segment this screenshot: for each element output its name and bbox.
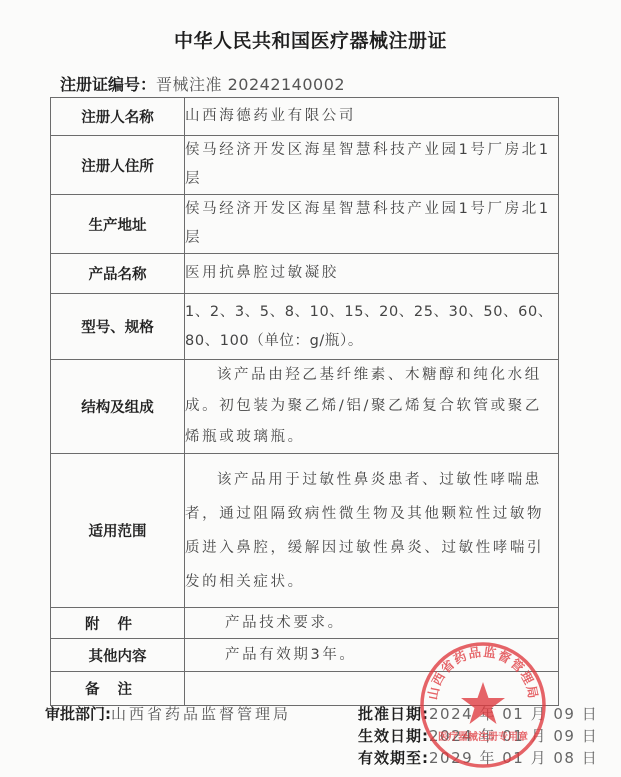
date-value: 2024 年 01 月 09 日: [429, 727, 598, 745]
certificate-page: 中华人民共和国医疗器械注册证 注册证编号：晋械注准 20242140002 注册…: [0, 0, 621, 777]
row-value: 产品有效期3年。: [185, 639, 559, 672]
certificate-table: 注册人名称 山西海德药业有限公司 注册人住所 侯马经济开发区海星智慧科技产业园1…: [50, 97, 559, 706]
row-value: 产品技术要求。: [185, 608, 559, 639]
row-key-text: 附件: [85, 617, 150, 633]
registration-number: 注册证编号：晋械注准 20242140002: [60, 72, 345, 95]
approval-department-label: 审批部门:: [45, 705, 111, 723]
row-value: 侯马经济开发区海星智慧科技产业园1号厂房北1层: [185, 195, 559, 254]
row-key-text: 备注: [85, 682, 150, 698]
table-row: 结构及组成 该产品由羟乙基纤维素、木糖醇和纯化水组成。初包装为聚乙烯/铝/聚乙烯…: [51, 360, 559, 454]
row-key: 附件: [51, 608, 185, 639]
row-key: 型号、规格: [51, 294, 185, 360]
date-value: 2024 年 01 月 09 日: [429, 705, 598, 723]
table-row: 型号、规格 1、2、3、5、8、10、15、20、25、30、50、60、80、…: [51, 294, 559, 360]
row-key: 注册人名称: [51, 98, 185, 136]
table-row: 生产地址 侯马经济开发区海星智慧科技产业园1号厂房北1层: [51, 195, 559, 254]
date-value: 2029 年 01 月 08 日: [429, 749, 598, 767]
row-value: 1、2、3、5、8、10、15、20、25、30、50、60、80、100（单位…: [185, 294, 559, 360]
table-row: 注册人住所 侯马经济开发区海星智慧科技产业园1号厂房北1层: [51, 136, 559, 195]
date-label: 生效日期:: [358, 727, 429, 745]
row-key: 产品名称: [51, 254, 185, 294]
approval-date: 批准日期:2024 年 01 月 09 日: [358, 703, 598, 725]
date-block: 批准日期:2024 年 01 月 09 日 生效日期:2024 年 01 月 0…: [358, 703, 598, 769]
approval-department: 审批部门:山西省药品监督管理局: [45, 703, 291, 724]
document-title: 中华人民共和国医疗器械注册证: [0, 26, 621, 53]
table-row: 备注: [51, 672, 559, 706]
row-value: 医用抗鼻腔过敏凝胶: [185, 254, 559, 294]
row-value: 山西海德药业有限公司: [185, 98, 559, 136]
table-row: 产品名称 医用抗鼻腔过敏凝胶: [51, 254, 559, 294]
row-key: 适用范围: [51, 454, 185, 608]
table-row: 附件 产品技术要求。: [51, 608, 559, 639]
row-value: [185, 672, 559, 706]
expiry-date: 有效期至:2029 年 01 月 08 日: [358, 747, 598, 769]
table-row: 适用范围 该产品用于过敏性鼻炎患者、过敏性哮喘患者，通过阻隔致病性微生物及其他颗…: [51, 454, 559, 608]
row-value: 该产品用于过敏性鼻炎患者、过敏性哮喘患者，通过阻隔致病性微生物及其他颗粒性过敏物…: [185, 454, 559, 608]
date-label: 有效期至:: [358, 749, 429, 767]
approval-department-value: 山西省药品监督管理局: [111, 705, 291, 723]
row-key: 备注: [51, 672, 185, 706]
row-key: 其他内容: [51, 639, 185, 672]
registration-number-value: 晋械注准 20242140002: [156, 75, 345, 94]
row-value: 侯马经济开发区海星智慧科技产业园1号厂房北1层: [185, 136, 559, 195]
row-key: 生产地址: [51, 195, 185, 254]
table-row: 注册人名称 山西海德药业有限公司: [51, 98, 559, 136]
row-value: 该产品由羟乙基纤维素、木糖醇和纯化水组成。初包装为聚乙烯/铝/聚乙烯复合软管或聚…: [185, 360, 559, 454]
effective-date: 生效日期:2024 年 01 月 09 日: [358, 725, 598, 747]
row-key: 结构及组成: [51, 360, 185, 454]
row-key: 注册人住所: [51, 136, 185, 195]
table-row: 其他内容 产品有效期3年。: [51, 639, 559, 672]
date-label: 批准日期:: [358, 705, 429, 723]
registration-number-label: 注册证编号：: [60, 75, 156, 94]
